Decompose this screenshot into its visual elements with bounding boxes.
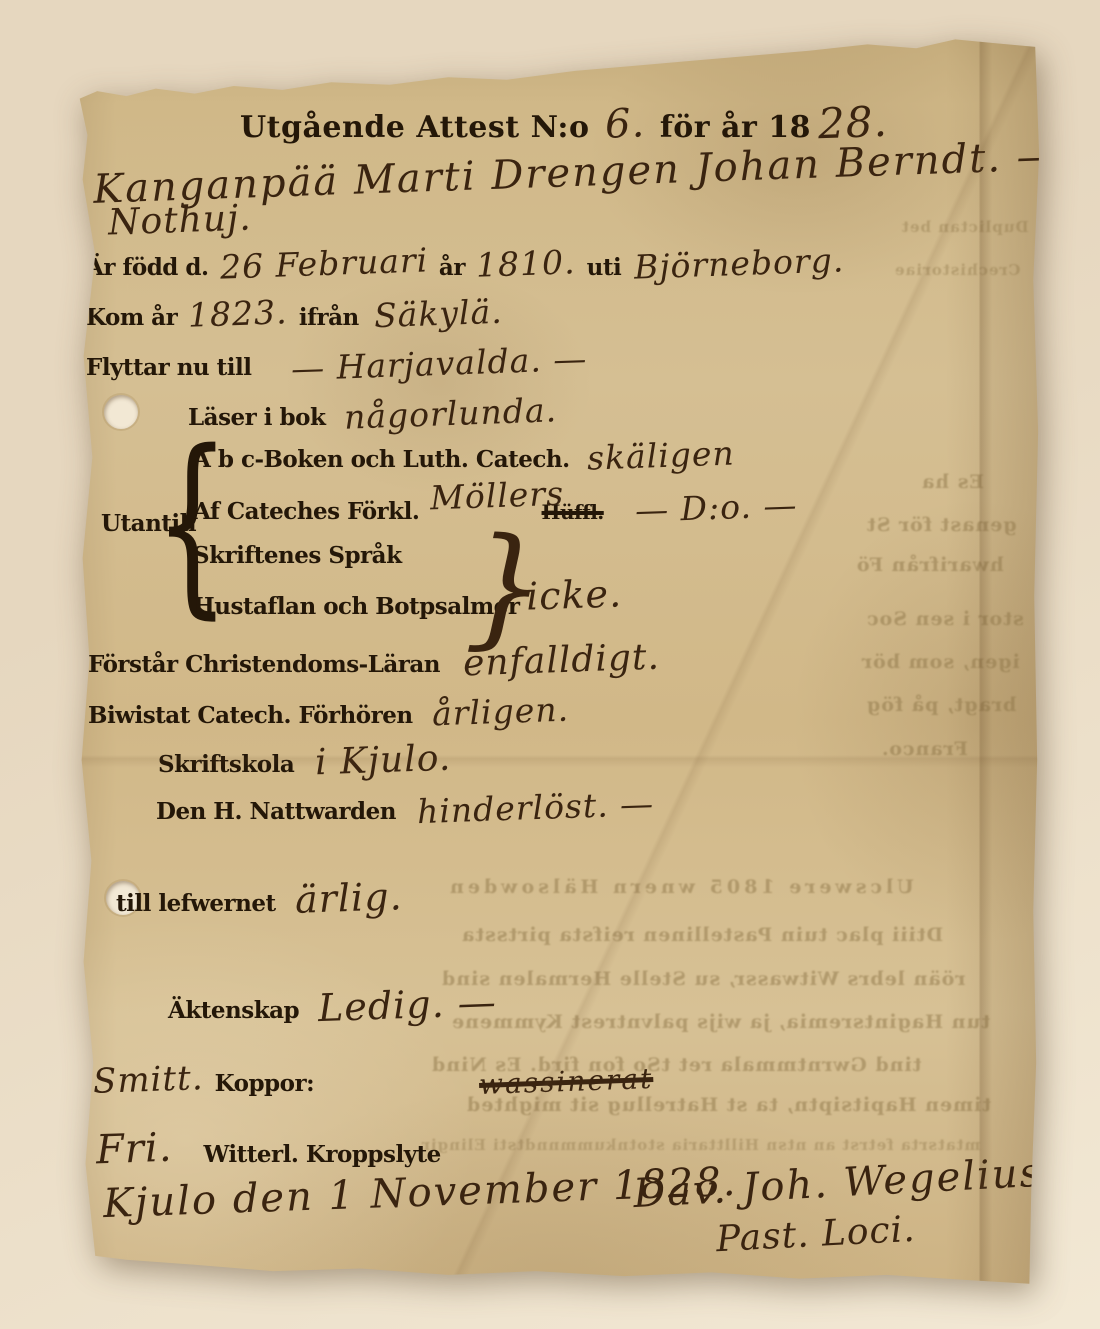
handwritten-arrival-year: 1823. — [188, 292, 289, 334]
handwritten-origin: Säkylä. — [373, 292, 503, 335]
printed-label: uti — [587, 254, 622, 281]
line-attended: Biwistat Catech. Förhören årligen. — [88, 692, 569, 731]
handwritten-status: Ledig. — — [318, 980, 498, 1030]
line-born: Är född d. 26 Februari år 1810. uti Björ… — [86, 244, 845, 283]
handwritten-signature-title: Past. Loci. — [715, 1209, 916, 1260]
line-communion: Den H. Nattwarden hinderlöst. — — [156, 788, 654, 827]
person-name-line2: Nothuj. — [108, 200, 252, 241]
title-printed-suffix: för år 18 — [660, 110, 811, 145]
bleedthrough-text: mtatsrta fetrst an ntsn Hillttaria stotn… — [421, 1136, 980, 1154]
line-defect: Fri. Witterl. Kroppslyte — [96, 1126, 441, 1172]
printed-label: Witterl. Kroppslyte — [203, 1141, 440, 1168]
printed-label: Biwistat Catech. Förhören — [88, 702, 413, 729]
handwritten-grade: icke. — [525, 571, 623, 618]
handwritten-birthplace: Björneborg. — [634, 240, 846, 286]
bleedthrough-text: bragt, på fög — [866, 694, 1016, 716]
attest-paper-sheet: Duplictan bet Crechistoriae Es ha genast… — [68, 28, 1043, 1290]
line-marriage: Äktenskap Ledig. — — [168, 983, 497, 1027]
handwritten-reading-grade: någorlunda. — [344, 390, 558, 436]
handwritten-signature: Dav. Joh. Wegelius. — [632, 1149, 1058, 1217]
line-came-from: Kom år 1823. ifrån Säkylä. — [86, 294, 502, 333]
bleedthrough-text: röän lebrs Witwassr, su Stelle Hermalen … — [441, 968, 965, 990]
handwritten-place: i Kjulo. — [315, 738, 453, 784]
bleedthrough-text: stor i sen Soc — [866, 608, 1024, 630]
photograph-of-document: Duplictan bet Crechistoriae Es ha genast… — [0, 0, 1100, 1329]
line-reads: Läser i bok någorlunda. — [188, 394, 558, 433]
printed-label: Är född d. — [86, 254, 208, 281]
bleedthrough-text: tun Hagintsremia, ja wijs palvntrest Kym… — [451, 1011, 990, 1033]
printed-label: Kom år — [86, 304, 177, 331]
utantill-row-scripture: Skriftenes Språk — [193, 542, 402, 569]
handwritten-grade: ärlig. — [294, 874, 403, 922]
printed-label: Flyttar nu till — [86, 354, 252, 381]
bleedthrough-text: Ulcswere 1805 wnern Hälsowden — [446, 876, 914, 898]
punch-hole-top — [104, 395, 138, 429]
printed-label: Skriftskola — [158, 751, 294, 778]
printed-label: Koppor: — [215, 1070, 314, 1097]
handwritten-prefix: Smitt. — [92, 1058, 204, 1102]
bleedthrough-text: Crechistoriae — [894, 261, 1020, 279]
bleedthrough-text: genast för St — [866, 514, 1017, 536]
title-printed-prefix: Utgående Attest N:o — [240, 110, 590, 145]
line-school: Skriftskola i Kjulo. — [158, 740, 452, 781]
title-handwritten-number: 6. — [604, 100, 646, 147]
handwritten-grade: skäligen — [586, 433, 735, 477]
printed-label: Förstår Christendoms-Läran — [88, 651, 440, 678]
bleedthrough-text: igen, som bör — [861, 651, 1020, 673]
printed-label: Af Cateches Förkl. — [193, 498, 419, 525]
handwritten-prefix: Fri. — [95, 1125, 173, 1174]
handwritten-name-2: Nothuj. — [107, 198, 252, 244]
person-name-line: Kanganpää Marti Drengen Johan Berndt. — — [93, 150, 1059, 196]
line-understands: Förstår Christendoms-Läran enfalldigt. — [88, 640, 660, 681]
bleedthrough-text: Es ha — [921, 471, 984, 493]
printed-label: Skriftenes Språk — [193, 542, 402, 569]
printed-label: A b c-Boken och Luth. Catech. — [193, 446, 570, 473]
utantill-row-abc: A b c-Boken och Luth. Catech. skäligen — [193, 436, 734, 475]
struck-handwritten-word: wassinerat — [479, 1062, 654, 1101]
line-smallpox: Smitt. Koppor: wassinerat — [93, 1060, 653, 1100]
handwritten-grade: enfalldigt. — [462, 637, 660, 685]
signature-title: Past. Loci. — [716, 1214, 916, 1255]
bleedthrough-text: Duplictan bet — [901, 218, 1029, 236]
printed-label: till lefwernet — [116, 890, 276, 917]
bleedthrough-text: Franco. — [881, 738, 968, 760]
paper-shadow-wrap: Duplictan bet Crechistoriae Es ha genast… — [0, 0, 1100, 1329]
line-moves-to: Flyttar nu till — Harjavalda. — — [86, 344, 587, 383]
signature-block: Dav. Joh. Wegelius. — [633, 1160, 1057, 1206]
printed-label: år — [439, 254, 465, 281]
utantill-icke: icke. — [526, 573, 622, 617]
printed-label: Äktenskap — [168, 997, 299, 1024]
document-title: Utgående Attest N:o 6. för år 18 28. — [240, 98, 888, 147]
printed-label: Den H. Nattwarden — [156, 798, 396, 825]
handwritten-birthdate: 26 Februari — [219, 240, 428, 286]
handwritten-birthyear: 1810. — [475, 242, 576, 284]
printed-label: ifrån — [299, 304, 359, 331]
bleedthrough-text: hwarifrån Fö — [856, 554, 1004, 576]
handwritten-grade: hinderlöst. — — [416, 784, 654, 831]
bleedthrough-text: Dtiii plac tuin Pastellinen reifsta pirt… — [461, 924, 943, 946]
handwritten-ditto: — D:o. — — [634, 485, 798, 530]
handwritten-destination: — Harjavalda. — — [290, 339, 587, 388]
handwritten-grade: årligen. — [431, 690, 569, 734]
line-conduct: till lefwernet ärlig. — [116, 876, 402, 920]
